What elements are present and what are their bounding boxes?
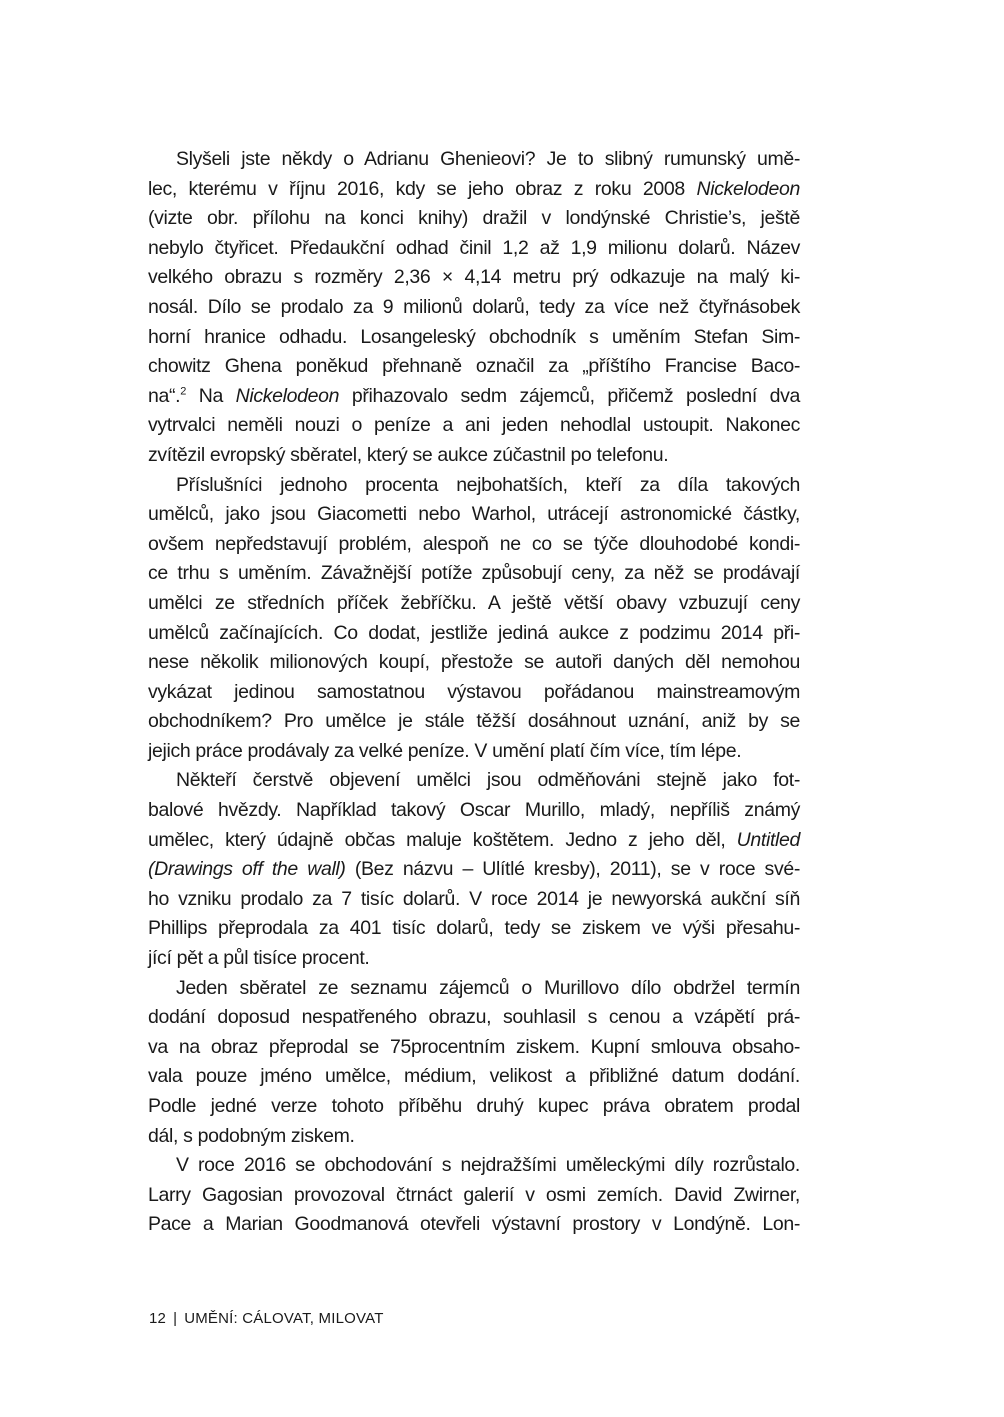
text-line: ho vzniku prodalo za 7 tisíc dolarů. V r… — [148, 885, 800, 915]
text-line: zvítězil evropský sběratel, který se auk… — [148, 441, 800, 471]
text-line: nosál. Dílo se prodalo za 9 milionů dola… — [148, 293, 800, 323]
paragraph: Příslušníci jednoho procenta nejbohatšíc… — [148, 471, 800, 767]
text-line: horní hranice odhadu. Losangeleský obcho… — [148, 323, 800, 353]
page-number: 12 — [149, 1310, 166, 1327]
page-footer: 12|UMĚNÍ: CÁLOVAT, MILOVAT — [149, 1310, 384, 1327]
text-line: ovšem nepředstavují problém, alespoň ne … — [148, 530, 800, 560]
text-line: vytrvalci neměli nouzi o peníze a ani je… — [148, 411, 800, 441]
page-body: Slyšeli jste někdy o Adrianu Ghenieovi? … — [148, 145, 800, 1240]
text-line: ce trhu s uměním. Závažnější potíže způs… — [148, 559, 800, 589]
text-line: (Drawings off the wall) (Bez názvu – Ulí… — [148, 855, 800, 885]
paragraph: Někteří čerstvě objevení umělci jsou odm… — [148, 766, 800, 973]
text-line: dodání doposud nespatřeného obrazu, souh… — [148, 1003, 800, 1033]
text-line: V roce 2016 se obchodování s nejdražšími… — [148, 1151, 800, 1181]
text-line: Pace a Marian Goodmanová otevřeli výstav… — [148, 1210, 800, 1240]
text-line: va na obraz přeprodal se 75procentním zi… — [148, 1033, 800, 1063]
text-line: Larry Gagosian provozoval čtrnáct galeri… — [148, 1181, 800, 1211]
text-line: Někteří čerstvě objevení umělci jsou odm… — [148, 766, 800, 796]
text-line: dál, s podobným ziskem. — [148, 1122, 800, 1152]
text-line: umělec, který údajně občas maluje koštět… — [148, 826, 800, 856]
paragraph: V roce 2016 se obchodování s nejdražšími… — [148, 1151, 800, 1240]
text-line: Podle jedné verze tohoto příběhu druhý k… — [148, 1092, 800, 1122]
text-line: chowitz Ghena poněkud přehnaně označil z… — [148, 352, 800, 382]
footnote-ref: 2 — [180, 385, 186, 397]
text-line: nese několik milionových koupí, přestože… — [148, 648, 800, 678]
paragraph: Slyšeli jste někdy o Adrianu Ghenieovi? … — [148, 145, 800, 471]
text-line: balové hvězdy. Například takový Oscar Mu… — [148, 796, 800, 826]
text-line: velkého obrazu s rozměry 2,36 × 4,14 met… — [148, 263, 800, 293]
text-line: Příslušníci jednoho procenta nejbohatšíc… — [148, 471, 800, 501]
text-line: na“.2 Na Nickelodeon přihazovalo sedm zá… — [148, 382, 800, 412]
footer-separator: | — [173, 1310, 177, 1327]
text-line: jejich práce prodávaly za velké peníze. … — [148, 737, 800, 767]
paragraph: Jeden sběratel ze seznamu zájemců o Muri… — [148, 974, 800, 1152]
text-line: umělci ze středních příček žebříčku. A j… — [148, 589, 800, 619]
text-line: umělců, jako jsou Giacometti nebo Warhol… — [148, 500, 800, 530]
text-line: lec, kterému v říjnu 2016, kdy se jeho o… — [148, 175, 800, 205]
text-line: jící pět a půl tisíce procent. — [148, 944, 800, 974]
text-line: nebylo čtyřicet. Předaukční odhad činil … — [148, 234, 800, 264]
text-line: umělců začínajících. Co dodat, jestliže … — [148, 619, 800, 649]
text-line: vala pouze jméno umělce, médium, velikos… — [148, 1062, 800, 1092]
text-line: Phillips přeprodala za 401 tisíc dolarů,… — [148, 914, 800, 944]
text-line: Jeden sběratel ze seznamu zájemců o Muri… — [148, 974, 800, 1004]
running-title: UMĚNÍ: CÁLOVAT, MILOVAT — [184, 1310, 383, 1327]
text-line: vykázat jedinou samostatnou výstavou poř… — [148, 678, 800, 708]
text-line: (vizte obr. přílohu na konci knihy) draž… — [148, 204, 800, 234]
text-line: Slyšeli jste někdy o Adrianu Ghenieovi? … — [148, 145, 800, 175]
text-line: obchodníkem? Pro umělce je stále těžší d… — [148, 707, 800, 737]
